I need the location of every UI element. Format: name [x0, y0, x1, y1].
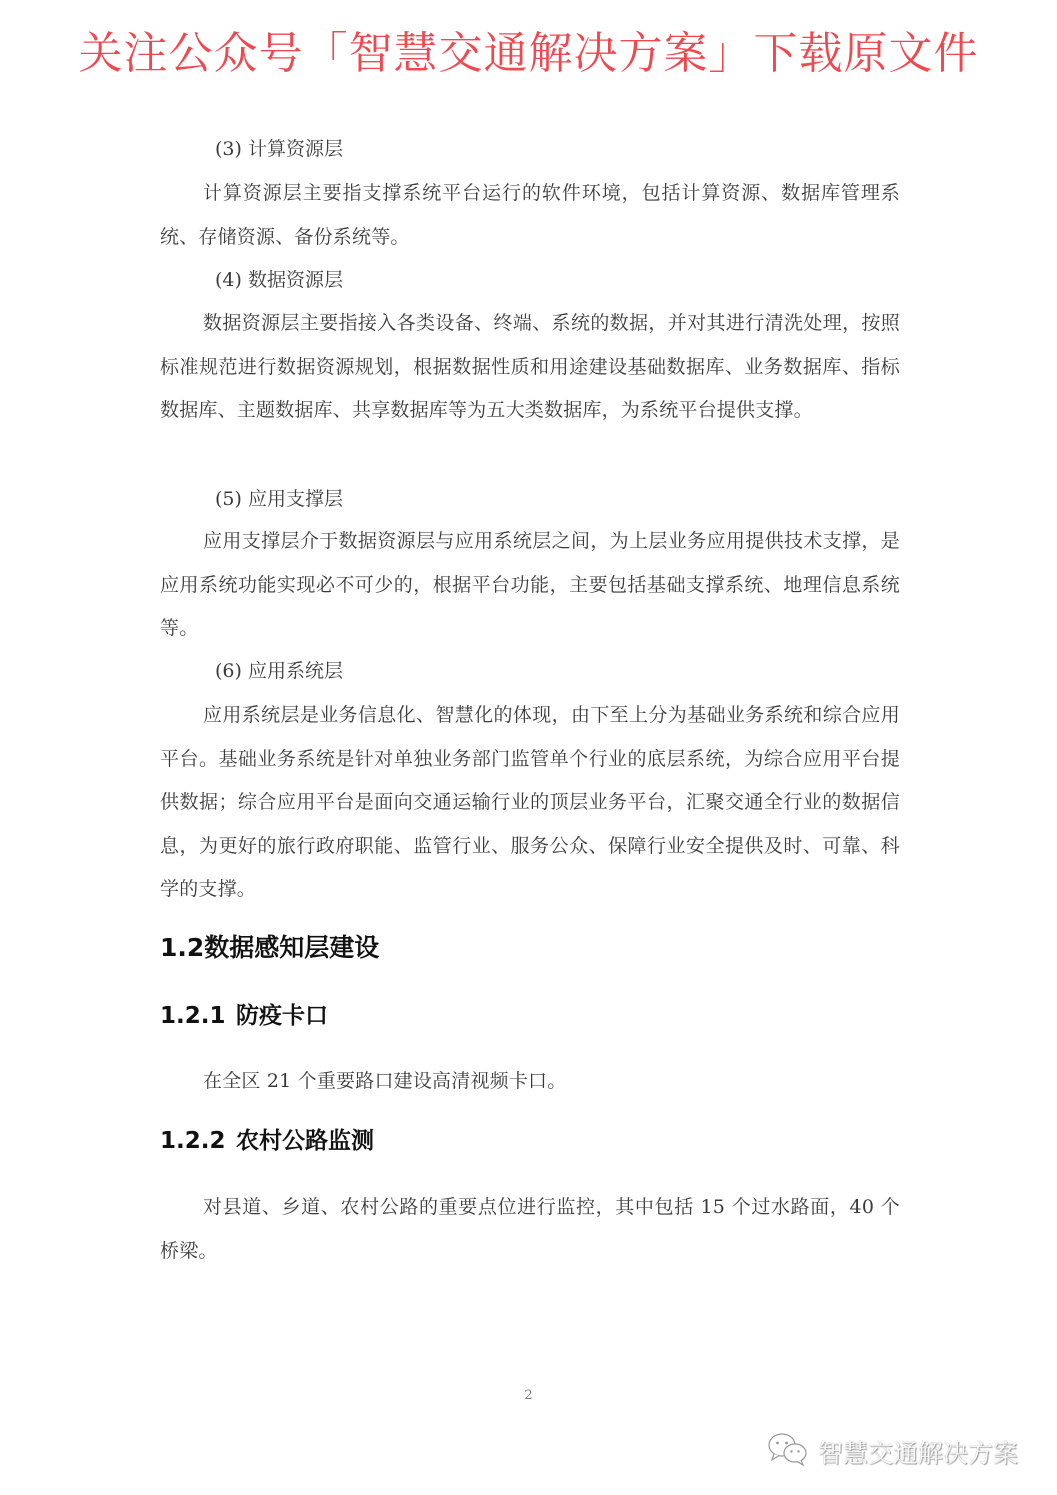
subsection-title: 防疫卡口	[236, 1003, 328, 1029]
paragraph-compute-layer: 计算资源层主要指支撑系统平台运行的软件环境，包括计算资源、数据库管理系统、存储资…	[160, 172, 900, 259]
watermark-text: 智慧交通解决方案	[818, 1434, 1018, 1470]
paragraph-checkpoint: 在全区 21 个重要路口建设高清视频卡口。	[160, 1060, 900, 1104]
subsection-heading-1-2-1: 1.2.1防疫卡口	[160, 997, 328, 1030]
paragraph-app-support-layer: 应用支撑层介于数据资源层与应用系统层之间，为上层业务应用提供技术支撑，是应用系统…	[160, 520, 900, 651]
subsection-title: 农村公路监测	[236, 1128, 374, 1154]
section-heading-1-2: 1.2数据感知层建设	[160, 928, 379, 964]
page-number: 2	[0, 1388, 1057, 1403]
wechat-icon	[766, 1430, 810, 1474]
paragraph-data-resource-layer: 数据资源层主要指接入各类设备、终端、系统的数据，并对其进行清洗处理，按照标准规范…	[160, 302, 900, 433]
promo-banner: 关注公众号「智慧交通解决方案」下载原文件	[0, 24, 1057, 84]
item-heading-data-resource-layer: (4) 数据资源层	[160, 269, 343, 291]
item-heading-app-support-layer: (5) 应用支撑层	[160, 488, 343, 510]
item-heading-compute-layer: (3) 计算资源层	[160, 138, 343, 160]
paragraph-rural-road-monitoring: 对县道、乡道、农村公路的重要点位进行监控，其中包括 15 个过水路面，40 个桥…	[160, 1186, 900, 1273]
subsection-number: 1.2.2	[160, 1128, 236, 1154]
subsection-heading-1-2-2: 1.2.2农村公路监测	[160, 1122, 374, 1155]
wechat-watermark: 智慧交通解决方案	[766, 1430, 1018, 1474]
subsection-number: 1.2.1	[160, 1003, 236, 1029]
paragraph-app-system-layer: 应用系统层是业务信息化、智慧化的体现，由下至上分为基础业务系统和综合应用平台。基…	[160, 694, 900, 912]
item-heading-app-system-layer: (6) 应用系统层	[160, 660, 343, 682]
